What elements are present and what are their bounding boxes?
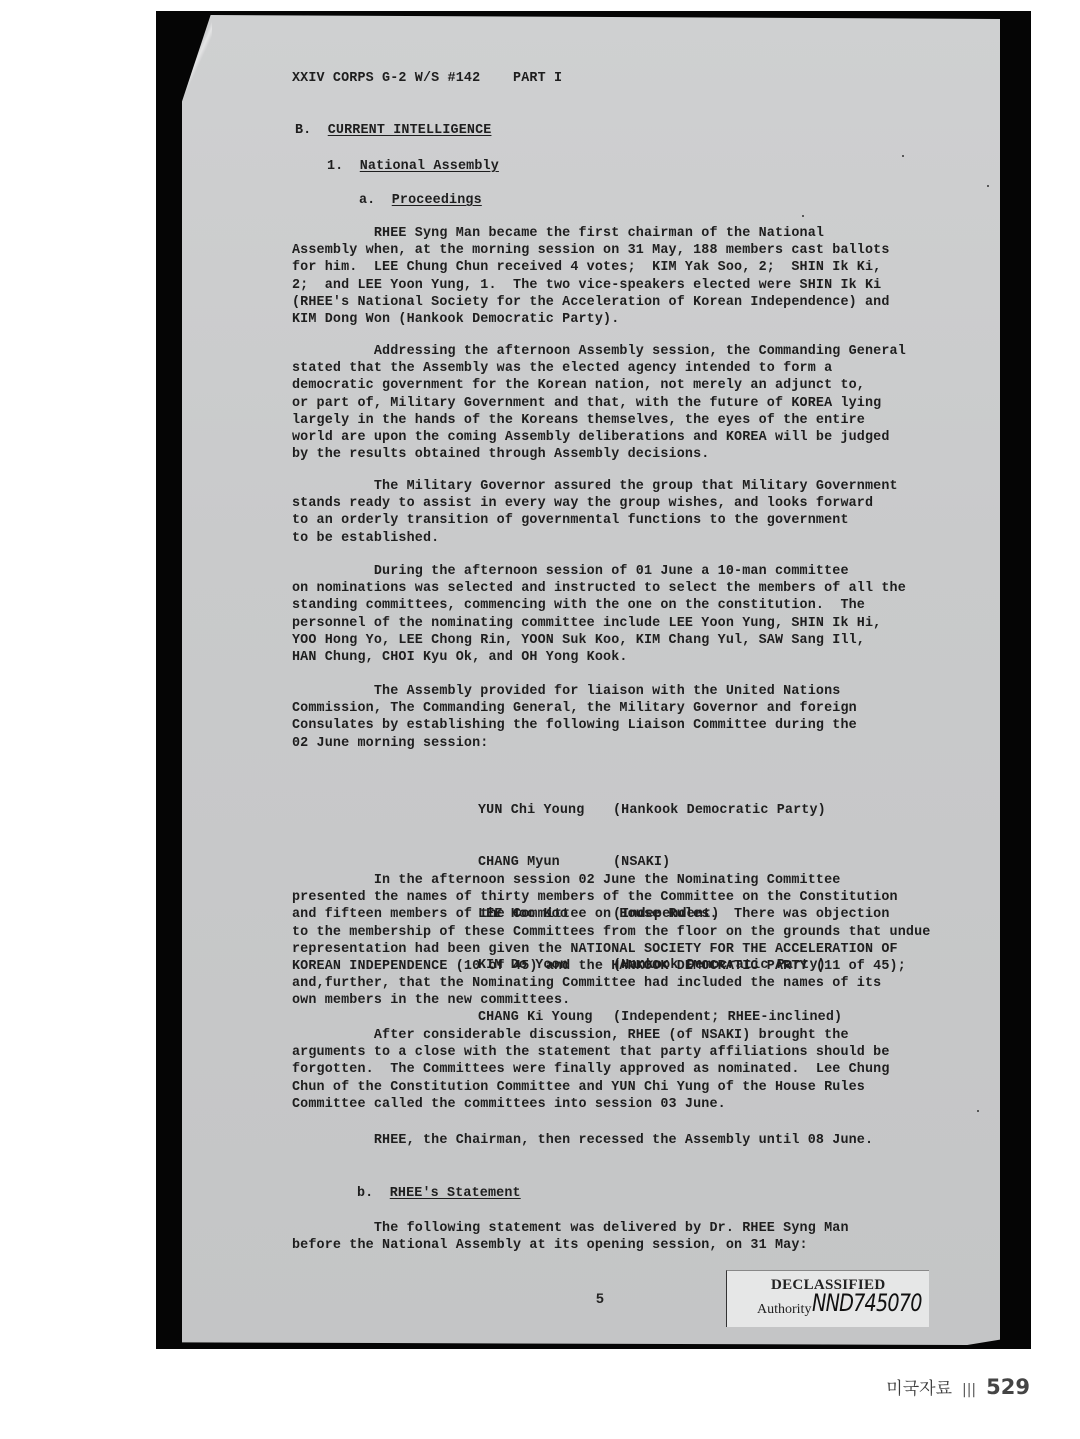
section-b2-heading: b. RHEE's Statement — [357, 1185, 521, 1202]
paragraph-nominating-committee: During the afternoon session of 01 June … — [292, 563, 906, 666]
section-title: CURRENT INTELLIGENCE — [328, 123, 492, 138]
scan-speck — [987, 185, 989, 187]
document-page: XXIV CORPS G-2 W/S #142 PART I B. CURREN… — [182, 15, 1000, 1345]
section-title: RHEE's Statement — [390, 1186, 521, 1201]
stamp-authority-code: NND745070 — [812, 1289, 922, 1317]
paragraph-recess: RHEE, the Chairman, then recessed the As… — [292, 1132, 873, 1149]
paragraph-chairman-election: RHEE Syng Man became the first chairman … — [292, 225, 890, 328]
paragraph-commanding-general: Addressing the afternoon Assembly sessio… — [292, 343, 906, 463]
document-header: XXIV CORPS G-2 W/S #142 PART I — [292, 70, 562, 87]
list-item: YUN Chi Young(Hankook Democratic Party) — [478, 802, 842, 819]
section-title: National Assembly — [360, 159, 499, 174]
footer-separator: ||| — [962, 1382, 976, 1398]
section-1-heading: 1. National Assembly — [327, 158, 499, 175]
member-affiliation: (Hankook Democratic Party) — [613, 802, 826, 819]
paragraph-military-governor: The Military Governor assured the group … — [292, 478, 898, 547]
member-affiliation: (NSAKI) — [613, 854, 670, 871]
book-section-title: 미국자료 — [886, 1374, 952, 1399]
paragraph-statement-intro: The following statement was delivered by… — [292, 1220, 849, 1254]
member-name: YUN Chi Young — [478, 802, 613, 819]
member-affiliation: (Independent; RHEE-inclined) — [613, 1009, 842, 1026]
member-name: CHANG Ki Young — [478, 1009, 613, 1026]
section-marker: b. — [357, 1186, 373, 1201]
section-a-heading: a. Proceedings — [359, 192, 482, 209]
member-name: CHANG Myun — [478, 854, 613, 871]
paragraph-objection: In the afternoon session 02 June the Nom… — [292, 872, 930, 1010]
scan-frame: XXIV CORPS G-2 W/S #142 PART I B. CURREN… — [156, 11, 1031, 1349]
section-b-heading: B. CURRENT INTELLIGENCE — [295, 122, 491, 139]
list-item: CHANG Myun(NSAKI) — [478, 854, 842, 871]
scan-speck — [802, 215, 804, 217]
book-page-number: 529 — [986, 1375, 1030, 1399]
stamp-authority-label: Authority — [757, 1302, 811, 1318]
section-marker: a. — [359, 193, 375, 208]
section-marker: B. — [295, 123, 311, 138]
folded-corner — [182, 15, 212, 105]
scan-speck — [977, 1110, 979, 1112]
page-number: 5 — [596, 1290, 604, 1306]
section-title: Proceedings — [392, 193, 482, 208]
declassified-stamp: DECLASSIFIED Authority NND745070 — [726, 1270, 929, 1327]
paragraph-discussion: After considerable discussion, RHEE (of … — [292, 1027, 890, 1113]
scan-speck — [902, 155, 904, 157]
paragraph-liaison: The Assembly provided for liaison with t… — [292, 683, 857, 752]
book-footer: 미국자료 ||| 529 — [886, 1374, 1030, 1399]
list-item: CHANG Ki Young(Independent; RHEE-incline… — [478, 1009, 842, 1026]
section-marker: 1. — [327, 159, 343, 174]
